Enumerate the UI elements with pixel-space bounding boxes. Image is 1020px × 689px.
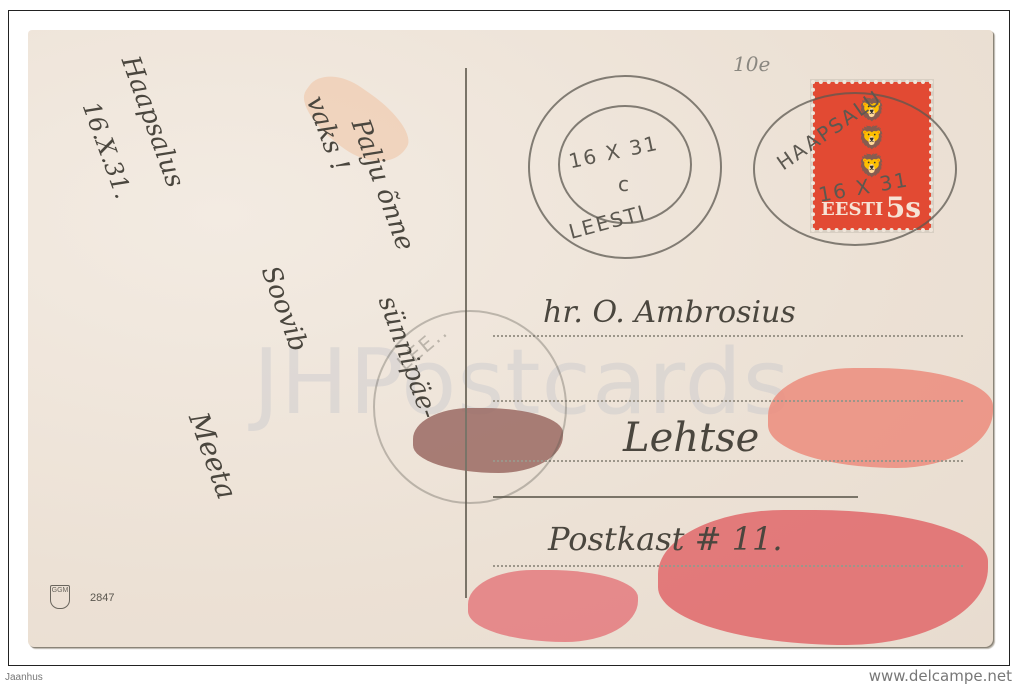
address-underline (493, 496, 858, 498)
address-line-4 (493, 565, 963, 567)
address-line-1 (493, 335, 963, 337)
seller-name: Jaanhus (5, 672, 43, 683)
catalog-number: 2847 (90, 592, 114, 604)
site-name: www.delcampe.net (869, 667, 1012, 685)
recipient-postbox: Postkast # 11. (548, 520, 783, 558)
message-signature: Meeta (182, 408, 244, 504)
recipient-name: hr. O. Ambrosius (543, 295, 796, 330)
publisher-logo: GGM (50, 585, 70, 609)
stain-red-upper (768, 368, 993, 468)
postcard: JHPostcards 🦁🦁🦁 EESTI 5s HAAPSALU 16 X 3… (28, 30, 993, 647)
sender-date: 16.X.31. (77, 98, 138, 203)
postmark-leesti-letter: c (618, 172, 631, 196)
stain-red-lower-left (468, 570, 638, 642)
recipient-town: Lehtse (623, 415, 759, 461)
pencil-note: 10e (733, 52, 770, 76)
